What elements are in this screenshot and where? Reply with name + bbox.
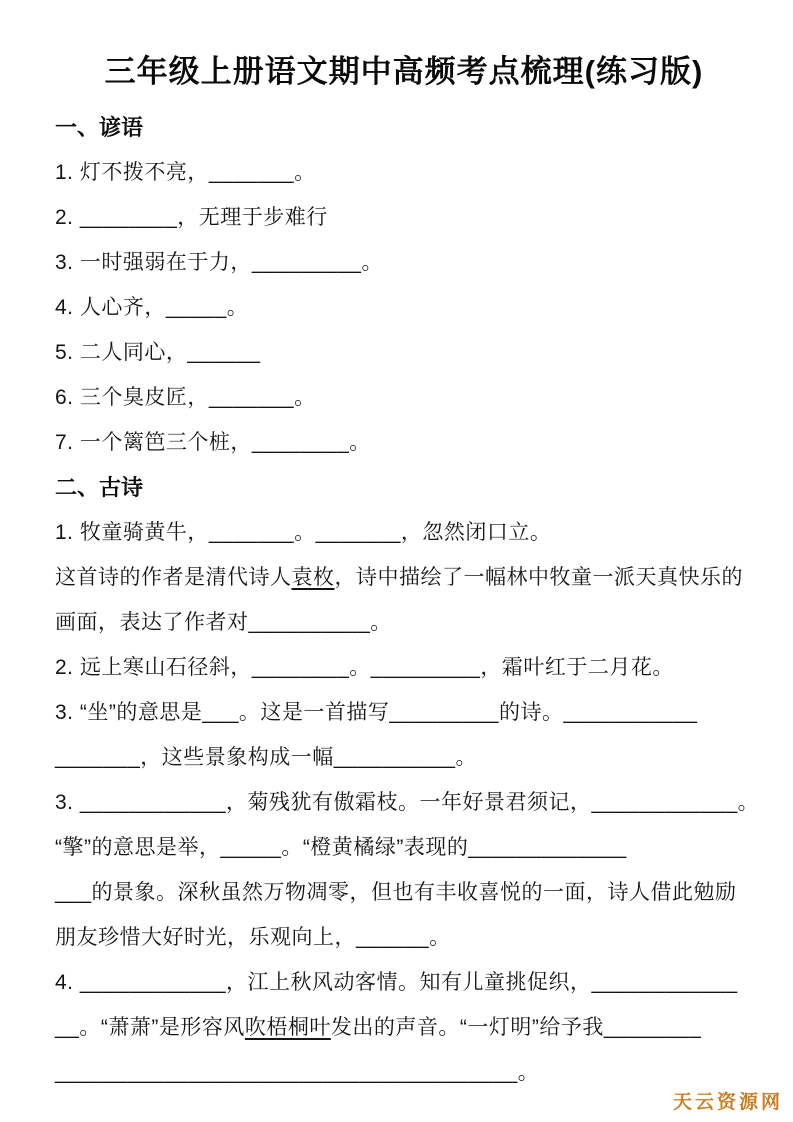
poem-line-3: 画面，表达了作者对__________。 bbox=[55, 600, 763, 645]
poem-line-13: ______________________________________。 bbox=[55, 1050, 763, 1095]
poem-line-5: 3. “坐”的意思是___。这是一首描写_________的诗。________… bbox=[55, 690, 763, 735]
section-proverbs-heading: 一、谚语 bbox=[55, 105, 763, 150]
poem-line-9: ___的景象。深秋虽然万物凋零，但也有丰收喜悦的一面，诗人借此勉励 bbox=[55, 870, 763, 915]
proverb-item-3: 3. 一时强弱在于力，_________。 bbox=[55, 240, 763, 285]
section-poems-heading: 二、古诗 bbox=[55, 465, 763, 510]
worksheet-page: 三年级上册语文期中高频考点梳理(练习版) 一、谚语 1. 灯不拨不亮，_____… bbox=[0, 0, 793, 1122]
poem-line-4: 2. 远上寒山石径斜，________。_________，霜叶红于二月花。 bbox=[55, 645, 763, 690]
proverb-item-1: 1. 灯不拨不亮，_______。 bbox=[55, 150, 763, 195]
poem-line-10: 朋友珍惜大好时光，乐观向上，______。 bbox=[55, 915, 763, 960]
poem-line-2-post: ，诗中描绘了一幅林中牧童一派天真快乐的 bbox=[335, 566, 744, 589]
proverb-item-2: 2. ________，无理于步难行 bbox=[55, 195, 763, 240]
proverb-item-4: 4. 人心齐，_____。 bbox=[55, 285, 763, 330]
poem-author-underlined: 袁枚 bbox=[292, 566, 335, 589]
page-title: 三年级上册语文期中高频考点梳理(练习版) bbox=[65, 46, 743, 91]
poem-line-1: 1. 牧童骑黄牛，_______。_______，忽然闭口立。 bbox=[55, 510, 763, 555]
proverb-item-5: 5. 二人同心，______ bbox=[55, 330, 763, 375]
poem-line-12-pre: __。“萧萧”是形容风 bbox=[55, 1016, 245, 1039]
poem-line-2: 这首诗的作者是清代诗人袁枚，诗中描绘了一幅林中牧童一派天真快乐的 bbox=[55, 555, 763, 600]
poem-line-2-pre: 这首诗的作者是清代诗人 bbox=[55, 566, 292, 589]
poem-line-7: 3. ____________，菊残犹有傲霜枝。一年好景君须记，________… bbox=[55, 780, 763, 825]
proverb-item-7: 7. 一个篱笆三个桩，________。 bbox=[55, 420, 763, 465]
poem-phrase-underlined: 吹梧桐叶 bbox=[245, 1016, 331, 1039]
poem-line-11: 4. ____________，江上秋风动客情。知有儿童挑促织，________… bbox=[55, 960, 763, 1005]
proverb-item-6: 6. 三个臭皮匠，_______。 bbox=[55, 375, 763, 420]
poem-line-12-post: 发出的声音。“一灯明”给予我________ bbox=[331, 1016, 701, 1039]
poem-line-12: __。“萧萧”是形容风吹梧桐叶发出的声音。“一灯明”给予我________ bbox=[55, 1005, 763, 1050]
poem-line-8: “擎”的意思是举，_____。“橙黄橘绿”表现的_____________ bbox=[55, 825, 763, 870]
watermark: 天云资源网 bbox=[673, 1087, 783, 1114]
poem-line-6: _______，这些景象构成一幅__________。 bbox=[55, 735, 763, 780]
